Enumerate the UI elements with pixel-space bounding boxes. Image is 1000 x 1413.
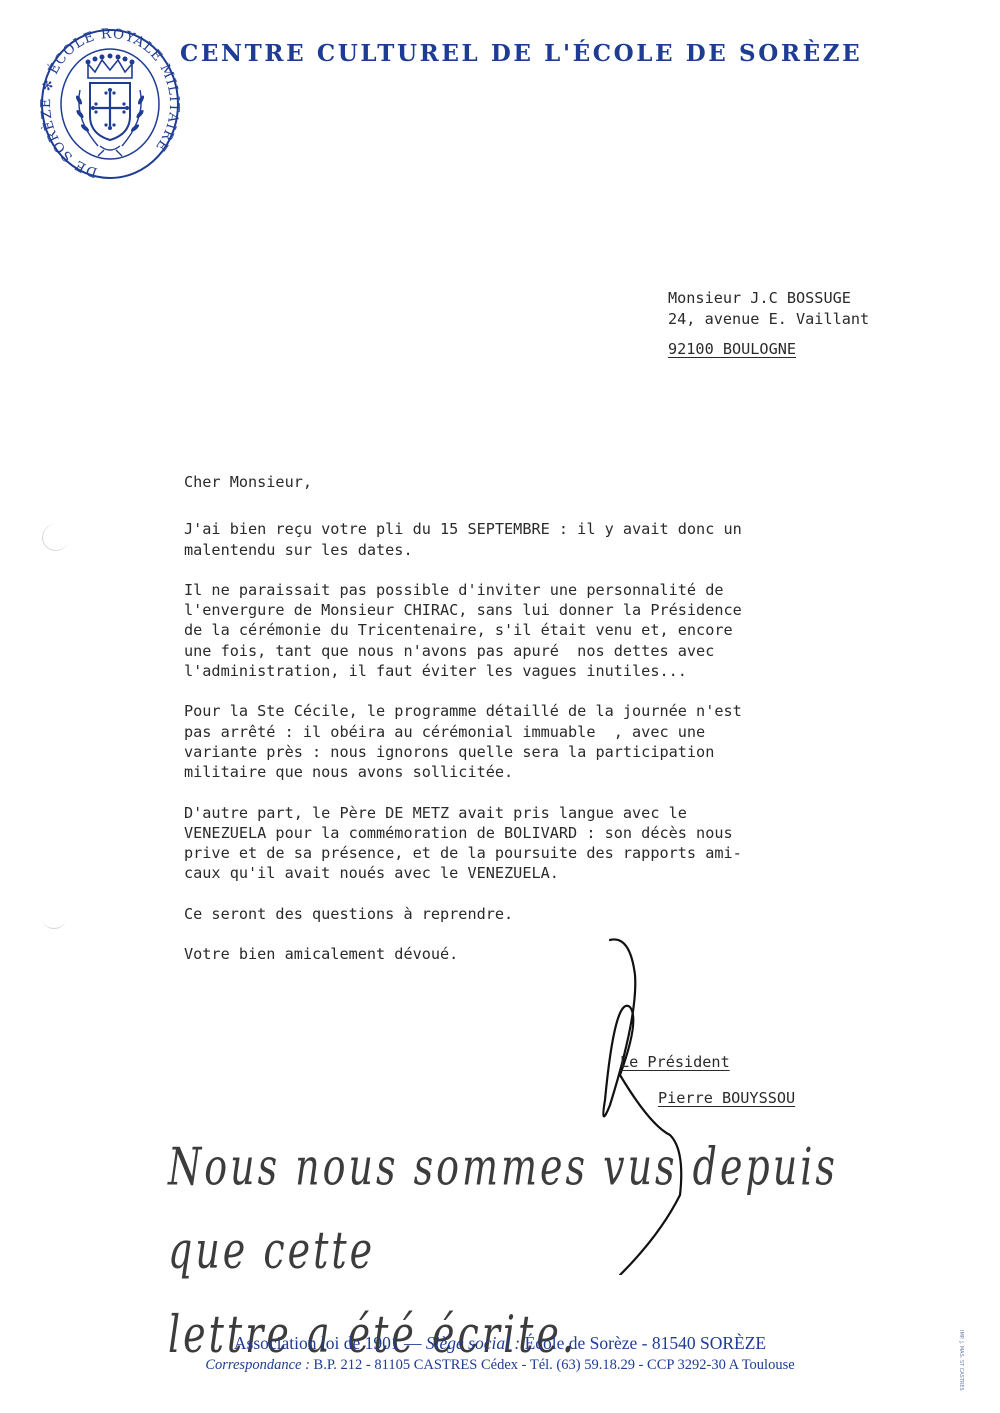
punch-hole-mark (42, 908, 66, 929)
footer-siege-address: École de Sorèze - 81540 SORÈZE (520, 1333, 766, 1353)
letter-body: Cher Monsieur, J'ai bien reçu votre pli … (184, 472, 964, 984)
letterhead-title: CENTRE CULTUREL DE L'ÉCOLE DE SORÈZE (180, 40, 960, 67)
signature-block: Le Président Pierre BOUYSSOU (620, 1053, 795, 1107)
signatory-name: Pierre BOUYSSOU (658, 1089, 795, 1107)
seal-emblem-icon: DE SORÈZE ✻ ÉCOLE ROYALE MILITAIRE (40, 28, 180, 180)
footer-correspondance-label: Correspondance : (205, 1357, 310, 1373)
paragraph: Pour la Ste Cécile, le programme détaill… (184, 701, 964, 782)
salutation: Cher Monsieur, (184, 472, 964, 492)
footer-line-1: Association loi de 1901 — Siège social :… (0, 1333, 1000, 1354)
letterhead-footer: Association loi de 1901 — Siège social :… (0, 1333, 1000, 1374)
school-seal: DE SORÈZE ✻ ÉCOLE ROYALE MILITAIRE (40, 28, 180, 180)
handwritten-line: Nous nous sommes vus depuis que cette (168, 1125, 868, 1292)
paragraph: Il ne paraissait pas possible d'inviter … (184, 580, 964, 681)
footer-correspondance-address: B.P. 212 - 81105 CASTRES Cédex - Tél. (6… (310, 1357, 795, 1373)
punch-hole-mark (40, 522, 71, 553)
printer-imprint: IMP. J. MAS. ST CASTRES (958, 1330, 964, 1391)
closing: Votre bien amicalement dévoué. (184, 944, 964, 964)
recipient-city: 92100 BOULOGNE (668, 339, 869, 360)
recipient-name: Monsieur J.C BOSSUGE (668, 288, 869, 309)
footer-association: Association loi de 1901 — (234, 1333, 426, 1353)
paragraph: D'autre part, le Père DE METZ avait pris… (184, 803, 964, 884)
paragraph: J'ai bien reçu votre pli du 15 SEPTEMBRE… (184, 519, 964, 560)
footer-siege-label: Siège social : (426, 1333, 520, 1353)
recipient-address: Monsieur J.C BOSSUGE 24, avenue E. Vaill… (668, 288, 869, 360)
recipient-street: 24, avenue E. Vaillant (668, 309, 869, 330)
paragraph: Ce seront des questions à reprendre. (184, 904, 964, 924)
footer-line-2: Correspondance : B.P. 212 - 81105 CASTRE… (0, 1357, 1000, 1374)
signatory-title: Le Président (620, 1053, 795, 1071)
